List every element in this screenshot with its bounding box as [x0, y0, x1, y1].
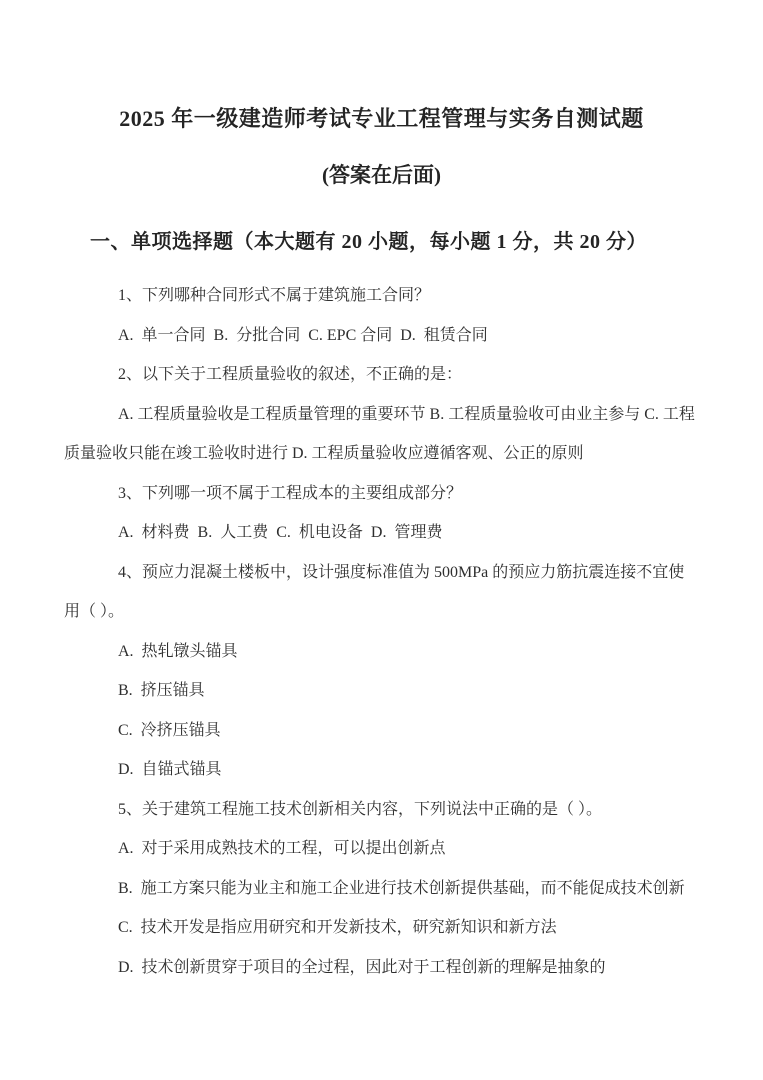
question-5: 5、关于建筑工程施工技术创新相关内容，下列说法中正确的是（ ）。 A. 对于采用…	[64, 790, 699, 988]
section-heading: 一、单项选择题（本大题有 20 小题，每小题 1 分，共 20 分）	[64, 227, 699, 257]
question-2-options: A. 工程质量验收是工程质量管理的重要环节 B. 工程质量验收可由业主参与 C.…	[64, 395, 699, 474]
question-4-stem: 4、预应力混凝土楼板中，设计强度标准值为 500MPa 的预应力筋抗震连接不宜使…	[64, 553, 699, 632]
question-list: 1、下列哪种合同形式不属于建筑施工合同？ A. 单一合同 B. 分批合同 C. …	[64, 276, 699, 987]
question-5-option-c: C. 技术开发是指应用研究和开发新技术，研究新知识和新方法	[64, 908, 699, 948]
question-2-stem: 2、以下关于工程质量验收的叙述，不正确的是：	[64, 355, 699, 395]
document-title: 2025 年一级建造师考试专业工程管理与实务自测试题	[0, 104, 763, 134]
question-5-option-b: B. 施工方案只能为业主和施工企业进行技术创新提供基础，而不能促成技术创新	[64, 869, 699, 909]
question-4: 4、预应力混凝土楼板中，设计强度标准值为 500MPa 的预应力筋抗震连接不宜使…	[64, 553, 699, 790]
question-5-option-a: A. 对于采用成熟技术的工程，可以提出创新点	[64, 829, 699, 869]
question-5-option-d: D. 技术创新贯穿于项目的全过程，因此对于工程创新的理解是抽象的	[64, 948, 699, 988]
question-3: 3、下列哪一项不属于工程成本的主要组成部分？ A. 材料费 B. 人工费 C. …	[64, 474, 699, 553]
document-subtitle: (答案在后面)	[0, 160, 763, 190]
question-2: 2、以下关于工程质量验收的叙述，不正确的是： A. 工程质量验收是工程质量管理的…	[64, 355, 699, 474]
exam-document-page: 2025 年一级建造师考试专业工程管理与实务自测试题 (答案在后面) 一、单项选…	[0, 0, 763, 1080]
question-1-options: A. 单一合同 B. 分批合同 C. EPC 合同 D. 租赁合同	[64, 316, 699, 356]
question-1: 1、下列哪种合同形式不属于建筑施工合同？ A. 单一合同 B. 分批合同 C. …	[64, 276, 699, 355]
question-5-stem: 5、关于建筑工程施工技术创新相关内容，下列说法中正确的是（ ）。	[64, 790, 699, 830]
question-4-option-c: C. 冷挤压锚具	[64, 711, 699, 751]
question-1-stem: 1、下列哪种合同形式不属于建筑施工合同？	[64, 276, 699, 316]
question-3-options: A. 材料费 B. 人工费 C. 机电设备 D. 管理费	[64, 513, 699, 553]
question-4-option-a: A. 热轧镦头锚具	[64, 632, 699, 672]
question-4-option-b: B. 挤压锚具	[64, 671, 699, 711]
question-3-stem: 3、下列哪一项不属于工程成本的主要组成部分？	[64, 474, 699, 514]
question-4-option-d: D. 自锚式锚具	[64, 750, 699, 790]
